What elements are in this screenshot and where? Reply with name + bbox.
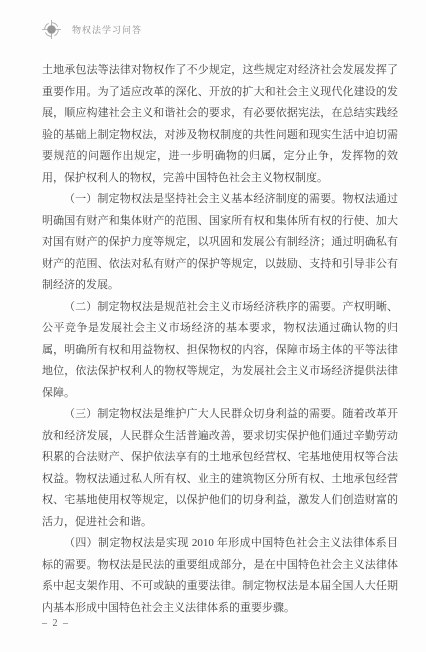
page-body: 土地承包法等法律对物权作了不少规定，这些规定对经济社会发展发挥了重要作用。为了适…	[42, 60, 398, 619]
body-paragraph: （三）制定物权法是维护广大人民群众切身利益的需要。随着改革开放和经济发展，人民群…	[42, 404, 398, 533]
page-header: 物权法学习问答	[42, 20, 142, 39]
body-paragraph: （一）制定物权法是坚持社会主义基本经济制度的需要。物权法通过明确国有财产和集体财…	[42, 189, 398, 297]
registration-mark-icon	[42, 20, 61, 39]
page-footer: – 2 –	[42, 618, 70, 629]
body-paragraph: 土地承包法等法律对物权作了不少规定，这些规定对经济社会发展发挥了重要作用。为了适…	[42, 60, 398, 189]
body-paragraph: （四）制定物权法是实现 2010 年形成中国特色社会主义法律体系目标的需要。物权…	[42, 533, 398, 619]
page-number: – 2 –	[42, 618, 70, 629]
running-head-title: 物权法学习问答	[72, 23, 142, 36]
book-page: 物权法学习问答 土地承包法等法律对物权作了不少规定，这些规定对经济社会发展发挥了…	[0, 0, 426, 652]
body-paragraph: （二）制定物权法是规范社会主义市场经济秩序的需要。产权明晰、公平竞争是发展社会主…	[42, 297, 398, 405]
